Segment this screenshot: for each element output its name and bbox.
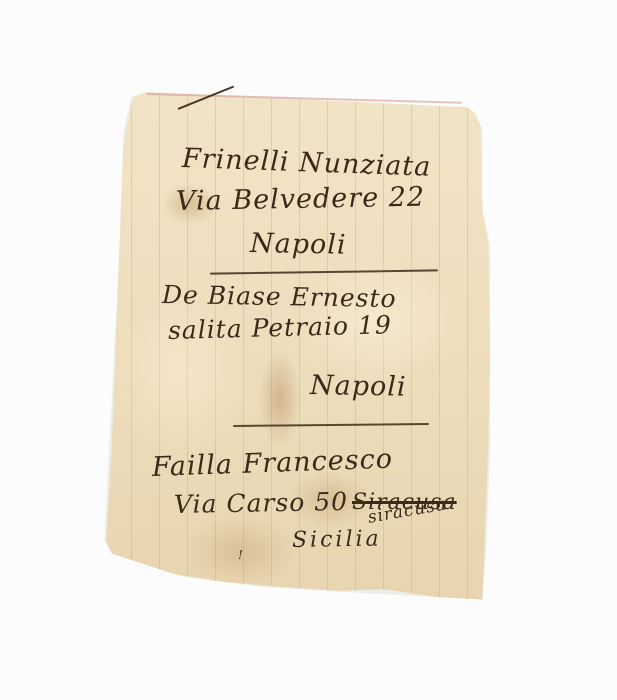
entry-1-street: Via Belvedere 22 xyxy=(176,182,426,217)
entry-2-city: Napoli xyxy=(310,370,407,403)
entry-2-street: salita Petraio 19 xyxy=(168,310,393,345)
entry-3-street: Via Carso 50 xyxy=(174,487,349,519)
stray-ink-mark: ! xyxy=(238,548,244,562)
entry-2-name: De Biase Ernesto xyxy=(162,280,397,313)
entry-3-region: Sicilia xyxy=(292,526,382,553)
entry-1-city: Napoli xyxy=(250,228,347,261)
